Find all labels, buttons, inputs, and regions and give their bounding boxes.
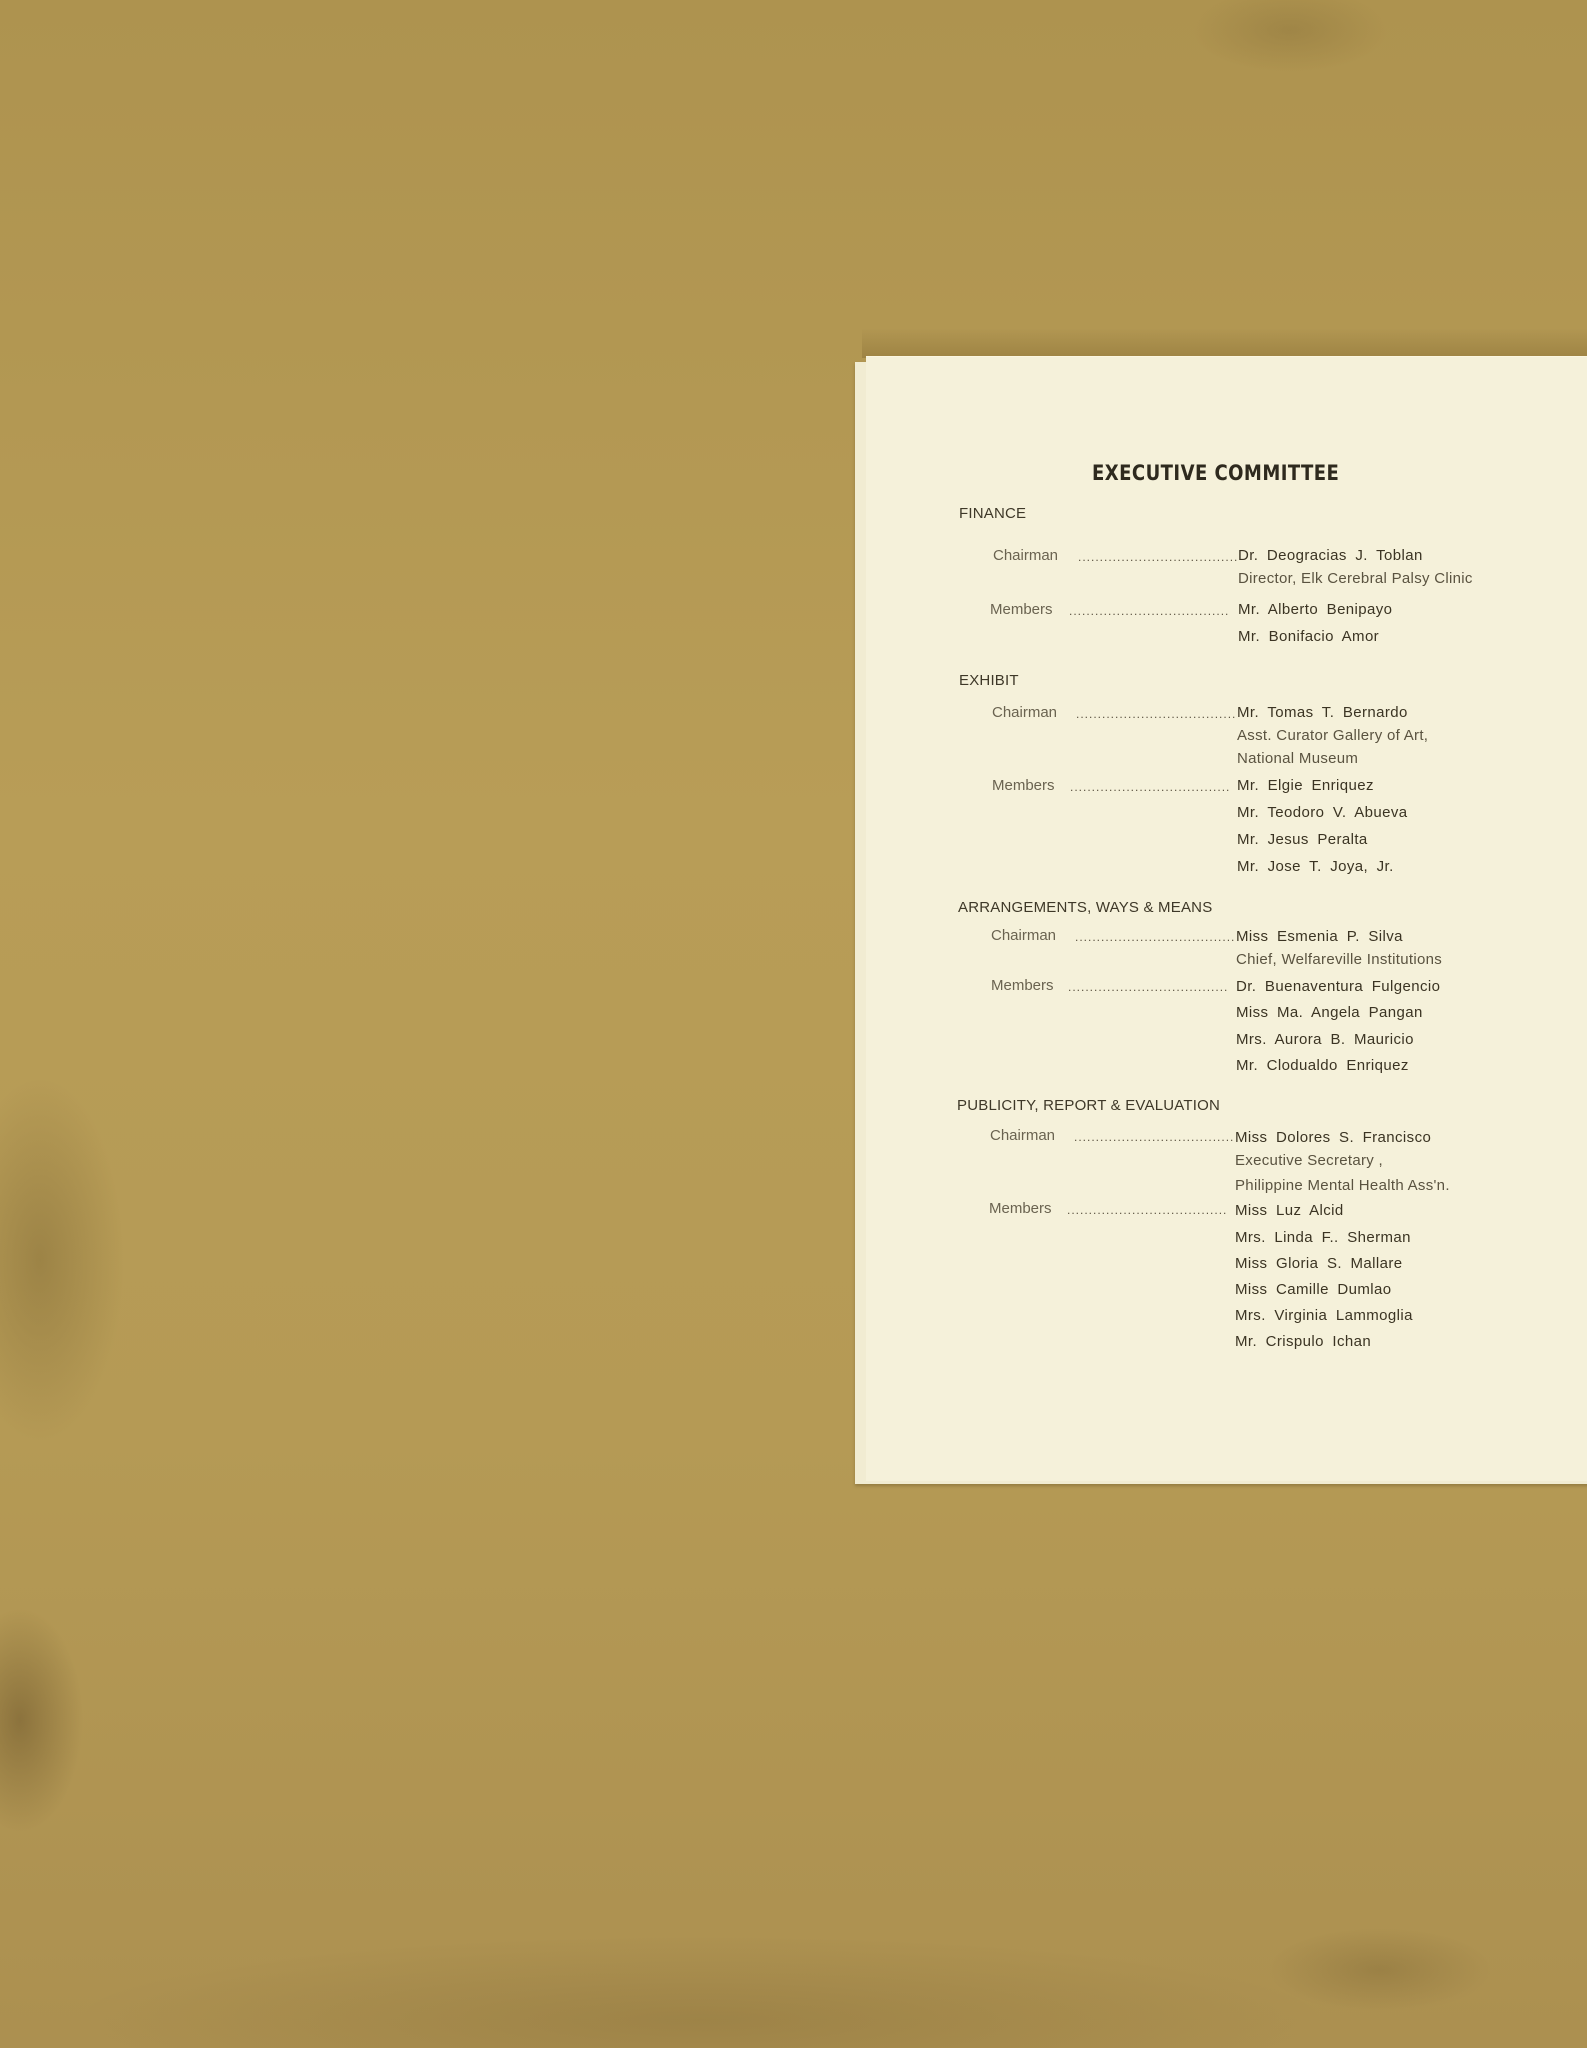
chairman-title: Executive Secretary ,: [1235, 1152, 1383, 1169]
member-name: Mr. Jesus Peralta: [1237, 831, 1368, 848]
chairman-name: Dr. Deogracias J. Toblan: [1238, 547, 1423, 564]
section-heading-publicity: PUBLICITY, REPORT & EVALUATION: [957, 1097, 1220, 1114]
chairman-label: Chairman: [990, 1127, 1055, 1144]
member-name: Mr. Bonifacio Amor: [1238, 628, 1379, 645]
chairman-name: Miss Esmenia P. Silva: [1236, 928, 1403, 945]
members-label: Members: [991, 977, 1054, 994]
member-name: Mr. Crispulo Ichan: [1235, 1333, 1371, 1350]
member-name: Mr. Clodualdo Enriquez: [1236, 1057, 1409, 1074]
document-body: EXECUTIVE COMMITTEE FINANCE Chairman ...…: [866, 357, 1587, 1481]
member-name: Miss Gloria S. Mallare: [1235, 1255, 1403, 1272]
paper-shadow: [862, 328, 1587, 358]
leader-dots: .....................................: [1068, 980, 1228, 994]
leader-dots: .....................................: [1078, 550, 1238, 564]
chairman-label: Chairman: [993, 547, 1058, 564]
member-name: Mr. Alberto Benipayo: [1238, 601, 1392, 618]
member-name: Mrs. Virginia Lammoglia: [1235, 1307, 1413, 1324]
section-heading-exhibit: EXHIBIT: [959, 672, 1019, 689]
member-name: Mr. Elgie Enriquez: [1237, 777, 1374, 794]
leader-dots: .....................................: [1074, 1130, 1234, 1144]
leader-dots: .....................................: [1075, 930, 1235, 944]
chairman-name: Miss Dolores S. Francisco: [1235, 1129, 1431, 1146]
member-name: Mr. Teodoro V. Abueva: [1237, 804, 1408, 821]
member-name: Mrs. Linda F.. Sherman: [1235, 1229, 1411, 1246]
leader-dots: .....................................: [1067, 1203, 1227, 1217]
leader-dots: .....................................: [1076, 707, 1236, 721]
member-name: Miss Ma. Angela Pangan: [1236, 1004, 1423, 1021]
program-page: EXECUTIVE COMMITTEE FINANCE Chairman ...…: [866, 356, 1587, 1481]
member-name: Dr. Buenaventura Fulgencio: [1236, 978, 1440, 995]
members-label: Members: [989, 1200, 1052, 1217]
member-name: Mr. Jose T. Joya, Jr.: [1237, 858, 1394, 875]
members-label: Members: [992, 777, 1055, 794]
section-heading-finance: FINANCE: [959, 505, 1026, 522]
chairman-label: Chairman: [992, 704, 1057, 721]
leader-dots: .....................................: [1069, 604, 1229, 618]
chairman-title: Asst. Curator Gallery of Art,: [1237, 727, 1428, 744]
member-name: Miss Luz Alcid: [1235, 1202, 1344, 1219]
section-heading-arrangements: ARRANGEMENTS, WAYS & MEANS: [958, 899, 1212, 916]
chairman-title: Chief, Welfareville Institutions: [1236, 951, 1442, 968]
member-name: Mrs. Aurora B. Mauricio: [1236, 1031, 1414, 1048]
page-title: EXECUTIVE COMMITTEE: [1092, 461, 1339, 485]
chairman-title: Director, Elk Cerebral Palsy Clinic: [1238, 570, 1473, 587]
chairman-title: National Museum: [1237, 750, 1358, 767]
member-name: Miss Camille Dumlao: [1235, 1281, 1391, 1298]
leader-dots: .....................................: [1070, 780, 1230, 794]
chairman-label: Chairman: [991, 927, 1056, 944]
chairman-title: Philippine Mental Health Ass'n.: [1235, 1177, 1450, 1194]
chairman-name: Mr. Tomas T. Bernardo: [1237, 704, 1408, 721]
members-label: Members: [990, 601, 1053, 618]
